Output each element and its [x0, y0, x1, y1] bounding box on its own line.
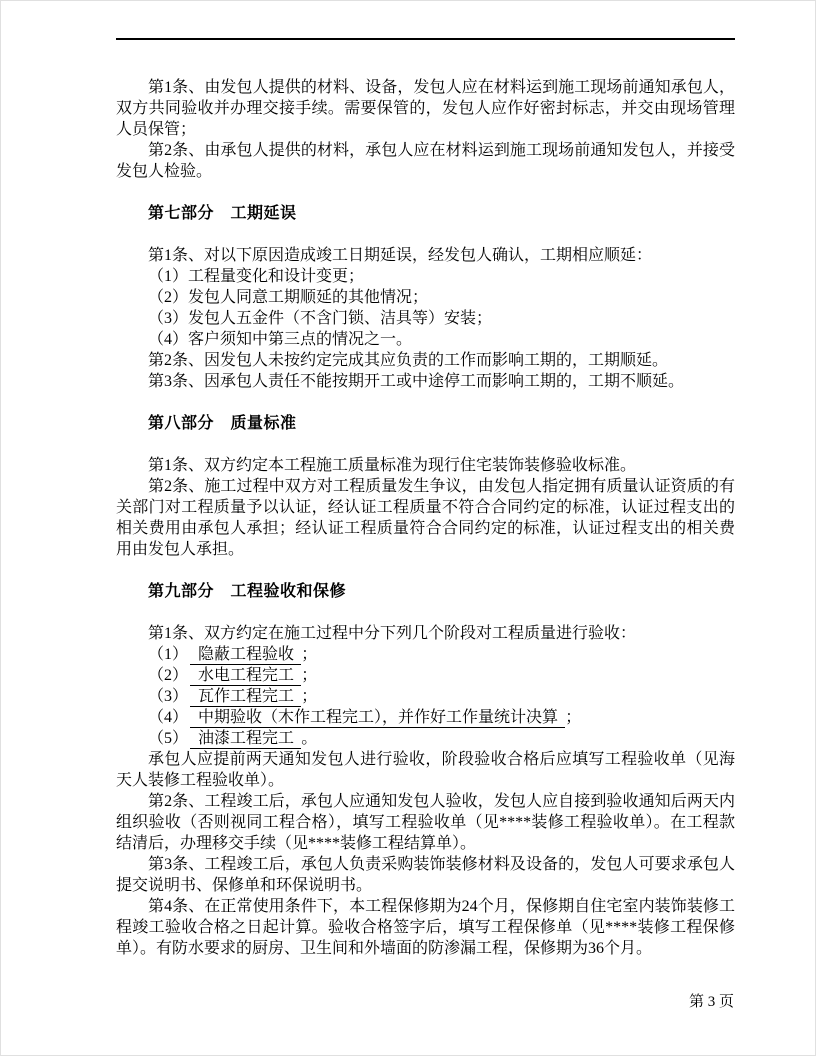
stage-number: （2）: [148, 667, 188, 684]
clause-paragraph: 第2条、由承包人提供的材料，承包人应在材料运到施工现场前通知发包人，并接受发包人…: [116, 140, 735, 182]
stage-punctuation: ；: [301, 667, 317, 684]
section-heading-part9: 第九部分 工程验收和保修: [116, 581, 735, 602]
section-heading-part8: 第八部分 质量标准: [116, 413, 735, 434]
stage-number: （3）: [148, 688, 188, 705]
stage-punctuation: 。: [301, 730, 317, 747]
clause-paragraph: 第3条、工程竣工后，承包人负责采购装饰装修材料及设备的，发包人可要求承包人提交说…: [116, 854, 735, 896]
stage-value-underlined: 瓦作工程完工: [190, 688, 301, 707]
acceptance-stage-row: （3）瓦作工程完工；: [116, 686, 735, 707]
stage-value-underlined: 油漆工程完工: [190, 730, 301, 749]
clause-paragraph: 承包人应提前两天通知发包人进行验收，阶段验收合格后应填写工程验收单（见海天人装修…: [116, 749, 735, 791]
stage-value-underlined: 水电工程完工: [190, 667, 301, 686]
stage-punctuation: ；: [301, 646, 317, 663]
acceptance-stage-row: （1）隐蔽工程验收；: [116, 644, 735, 665]
clause-paragraph: 第1条、对以下原因造成竣工日期延误，经发包人确认，工期相应顺延：: [116, 245, 735, 266]
list-item-paragraph: （2）发包人同意工期顺延的其他情况；: [116, 287, 735, 308]
clause-paragraph: 第3条、因承包人责任不能按期开工或中途停工而影响工期的，工期不顺延。: [116, 371, 735, 392]
list-item-paragraph: （3）发包人五金件（不含门锁、洁具等）安装；: [116, 308, 735, 329]
acceptance-stage-row: （4）中期验收（木作工程完工），并作好工作量统计决算；: [116, 707, 735, 728]
stage-value-underlined: 中期验收（木作工程完工），并作好工作量统计决算: [190, 709, 565, 728]
stage-value-underlined: 隐蔽工程验收: [190, 646, 301, 665]
stage-number: （4）: [148, 709, 188, 726]
stage-number: （1）: [148, 646, 188, 663]
list-item-paragraph: （4）客户须知中第三点的情况之一。: [116, 329, 735, 350]
clause-paragraph: 第2条、工程竣工后，承包人应通知发包人验收，发包人应自接到验收通知后两天内组织验…: [116, 791, 735, 854]
clause-paragraph: 第1条、双方约定本工程施工质量标准为现行住宅装饰装修验收标准。: [116, 455, 735, 476]
acceptance-stage-row: （2）水电工程完工；: [116, 665, 735, 686]
stage-number: （5）: [148, 730, 188, 747]
clause-paragraph: 第4条、在正常使用条件下，本工程保修期为24个月，保修期自住宅室内装饰装修工程竣…: [116, 896, 735, 959]
clause-paragraph: 第2条、因发包人未按约定完成其应负责的工作而影响工期的，工期顺延。: [116, 350, 735, 371]
stage-punctuation: ；: [565, 709, 581, 726]
page-header-rule: [116, 38, 735, 40]
clause-paragraph: 第1条、双方约定在施工过程中分下列几个阶段对工程质量进行验收：: [116, 623, 735, 644]
document-body: 第1条、由发包人提供的材料、设备，发包人应在材料运到施工现场前通知承包人，双方共…: [116, 77, 735, 959]
stage-punctuation: ；: [301, 688, 317, 705]
contract-document-page: 第1条、由发包人提供的材料、设备，发包人应在材料运到施工现场前通知承包人，双方共…: [0, 0, 816, 1056]
clause-paragraph: 第2条、施工过程中双方对工程质量发生争议，由发包人指定拥有质量认证资质的有关部门…: [116, 476, 735, 560]
page-number: 第 3 页: [689, 993, 734, 1011]
list-item-paragraph: （1）工程量变化和设计变更；: [116, 266, 735, 287]
acceptance-stage-row: （5）油漆工程完工。: [116, 728, 735, 749]
clause-paragraph: 第1条、由发包人提供的材料、设备，发包人应在材料运到施工现场前通知承包人，双方共…: [116, 77, 735, 140]
section-heading-part7: 第七部分 工期延误: [116, 203, 735, 224]
